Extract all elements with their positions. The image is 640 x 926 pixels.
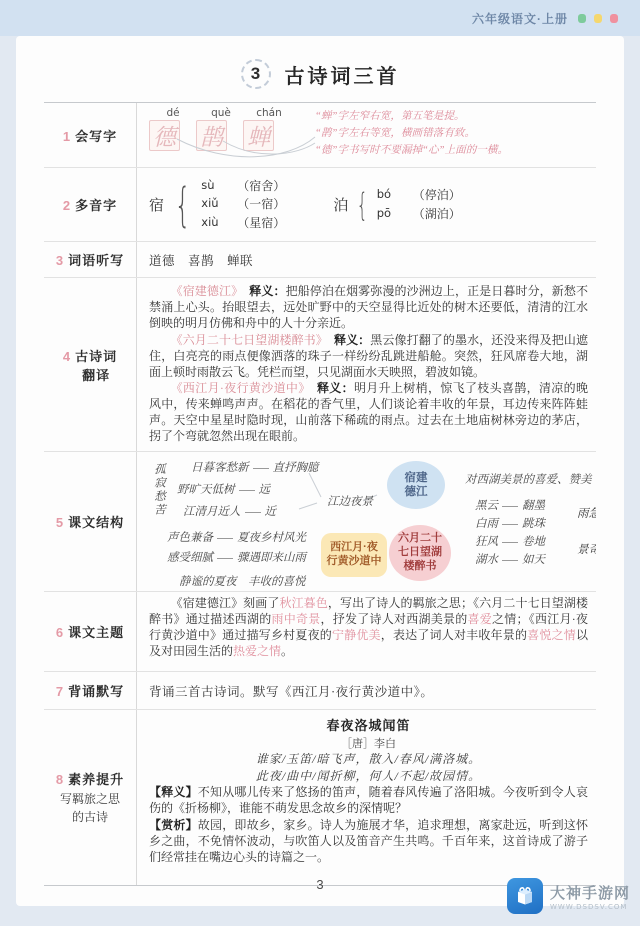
row8-label: 素养提升 xyxy=(68,769,124,788)
mind-map: 孤寂愁苦 日暮客愁新直抒胸臆 野旷天低树远 江清月近人近 江边夜景 宿建 德江 … xyxy=(149,457,588,586)
reading-item: bó（停泊） xyxy=(377,186,461,205)
translation-xijiangyue: 《西江月·夜行黄沙道中》 释义：明月升上树梢，惊飞了枝头喜鹊，清凉的晚风中，传来… xyxy=(149,381,588,445)
poem-appreciation: 【赏析】故园，即故乡，家乡。诗人为施展才华，追求理想，离家赴远，听到这怀乡之曲，… xyxy=(149,818,588,866)
poem-line-1: 谁家/玉笛/暗飞声，散入/春风/满洛城。 xyxy=(149,751,588,768)
row4-number: 4 xyxy=(63,349,70,364)
map-bubble-wanghulou: 六月二十 七日望湖 楼醉书 xyxy=(389,525,451,581)
top-header-band: 六年级语文·上册 xyxy=(0,0,640,36)
map-scene-label: 江边夜景 xyxy=(327,493,373,509)
row5-number: 5 xyxy=(56,515,63,530)
row2-label-cell: 2 多音字 xyxy=(44,168,136,241)
writing-notes: “蝉”字左窄右宽，第五笔是提。 “鹊”字左右等宽，横画错落有致。 “德”字书写时… xyxy=(315,108,508,159)
map-tag-rain: 雨急 xyxy=(577,505,596,521)
map-right-title: 对西湖美景的喜爱、赞美 xyxy=(465,471,592,487)
row-recitation: 7 背诵默写 背诵三首古诗词。默写《西江月·夜行黄沙道中》。 xyxy=(44,671,596,709)
pinyin-que: què xyxy=(197,107,245,119)
map-bubble-xijiangyue: 西江月·夜 行黄沙道中 xyxy=(321,533,387,577)
row8-number: 8 xyxy=(56,772,63,787)
map-bubble-sujiandejiang: 宿建 德江 xyxy=(387,461,445,509)
row3-content: 道德 喜鹊 蝉联 xyxy=(136,242,596,277)
row3-label-cell: 3 词语听写 xyxy=(44,242,136,277)
pinyin-row: dé què chán xyxy=(149,107,309,119)
row-text-theme: 6 课文主题 《宿建德江》刻画了秋江暮色，写出了诗人的羁旅之思；《六月二十七日望… xyxy=(44,591,596,671)
row5-content: 孤寂愁苦 日暮客愁新直抒胸臆 野旷天低树远 江清月近人近 江边夜景 宿建 德江 … xyxy=(136,452,596,591)
polyphonic-group-bo: 泊 { bó（停泊） pō（湖泊） xyxy=(333,186,460,224)
watermark-name: 大神手游网 xyxy=(550,882,630,903)
row3-label: 词语听写 xyxy=(68,250,124,269)
map-right1: 黑云翻墨 xyxy=(475,497,545,513)
header-color-dots xyxy=(578,14,618,23)
row6-label-cell: 6 课文主题 xyxy=(44,592,136,671)
map-summary-label: 静谧的夏夜 丰收的喜悦 xyxy=(179,573,306,589)
green-dot-icon xyxy=(578,14,586,23)
map-mood-label: 孤寂愁苦 xyxy=(151,463,167,541)
map-line4: 声色兼备夏夜乡村风光 xyxy=(167,529,306,545)
study-table: 1 会写字 dé què chán 德 鹊 蝉 xyxy=(44,102,596,886)
dictation-words: 道德 喜鹊 蝉联 xyxy=(149,251,253,269)
worksheet-page: 3 古诗词三首 1 会写字 dé què chán 德 xyxy=(16,36,624,906)
row6-content: 《宿建德江》刻画了秋江暮色，写出了诗人的羁旅之思；《六月二十七日望湖楼醉书》通过… xyxy=(136,592,596,671)
brace-icon: { xyxy=(357,186,368,224)
row1-label: 会写字 xyxy=(75,126,117,145)
polyphonic-group-su: 宿 { sù（宿舍） xiǔ（一宿） xiù（星宿） xyxy=(149,177,285,233)
row4-label-cell: 4 古诗词 翻译 xyxy=(44,278,136,451)
poem-explanation: 【释义】不知从哪儿传来了悠扬的笛声，随着春风传遍了洛阳城。今夜听到令人哀伤的《折… xyxy=(149,785,588,817)
watermark-texts: 大神手游网 WWW.DSDSV.COM xyxy=(550,882,630,911)
map-line1: 日暮客愁新直抒胸臆 xyxy=(191,459,319,475)
row-literacy-improvement: 8 素养提升 写羁旅之思 的古诗 春夜洛城闻笛 ［唐］李白 谁家/玉笛/暗飞声，… xyxy=(44,709,596,885)
writing-note-1: “蝉”字左窄右宽，第五笔是提。 xyxy=(315,108,508,125)
row1-label-cell: 1 会写字 xyxy=(44,103,136,167)
row6-label: 课文主题 xyxy=(68,622,124,641)
row-characters-to-write: 1 会写字 dé què chán 德 鹊 蝉 xyxy=(44,103,596,167)
row4-content: 《宿建德江》 释义：把船停泊在烟雾弥漫的沙洲边上，正是日暮时分，新愁不禁涌上心头… xyxy=(136,278,596,451)
row-word-dictation: 3 词语听写 道德 喜鹊 蝉联 xyxy=(44,241,596,277)
row7-label-cell: 7 背诵默写 xyxy=(44,672,136,709)
brace-icon: { xyxy=(175,178,191,232)
row2-content: 宿 { sù（宿舍） xiǔ（一宿） xiù（星宿） 泊 { bó（停泊） pō… xyxy=(136,168,596,241)
row1-number: 1 xyxy=(63,129,70,144)
translation-wanghulou: 《六月二十七日望湖楼醉书》 释义：黑云像打翻了的墨水，还没来得及把山遮住，白亮亮… xyxy=(149,333,588,381)
row1-content: dé què chán 德 鹊 蝉 “蝉”字左窄右宽，第五笔是提。 xyxy=(136,103,596,167)
char-su: 宿 xyxy=(149,194,164,215)
char-box-de: 德 xyxy=(149,120,180,151)
char-bo: 泊 xyxy=(333,194,348,215)
map-right2: 白雨跳珠 xyxy=(475,515,545,531)
row4-label: 古诗词 翻译 xyxy=(75,346,117,384)
bo-readings: bó（停泊） pō（湖泊） xyxy=(377,186,461,223)
poem-title: 春夜洛城闻笛 xyxy=(149,715,588,734)
poem-line-2: 此夜/曲中/闻折柳，何人/不起/故园情。 xyxy=(149,768,588,785)
map-right3: 狂风卷地 xyxy=(475,533,545,549)
reading-item: xiǔ（一宿） xyxy=(201,195,285,214)
map-tag-scenery: 景奇 xyxy=(577,541,596,557)
map-line5: 感受细腻骤遇即来山雨 xyxy=(167,549,306,565)
row5-label: 课文结构 xyxy=(68,512,124,531)
writing-note-2: “鹊”字左右等宽，横画错落有致。 xyxy=(315,125,508,142)
pinyin-chan: chán xyxy=(245,107,293,119)
row2-number: 2 xyxy=(63,198,70,213)
row-text-structure: 5 课文结构 孤寂愁苦 日暮客愁新直抒胸臆 野旷天低树远 江清月近人近 江边夜景 xyxy=(44,451,596,591)
row8-sublabel: 写羁旅之思 的古诗 xyxy=(60,791,120,826)
lesson-number-badge: 3 xyxy=(241,59,271,89)
row5-label-cell: 5 课文结构 xyxy=(44,452,136,591)
writing-note-3: “德”字书写时不要漏掉“心”上面的一横。 xyxy=(315,142,508,159)
pinyin-de: dé xyxy=(149,107,197,119)
pink-dot-icon xyxy=(610,14,618,23)
theme-paragraph: 《宿建德江》刻画了秋江暮色，写出了诗人的羁旅之思；《六月二十七日望湖楼醉书》通过… xyxy=(149,596,588,660)
row-poem-translation: 4 古诗词 翻译 《宿建德江》 释义：把船停泊在烟雾弥漫的沙洲边上，正是日暮时分… xyxy=(44,277,596,451)
row-polyphonic-characters: 2 多音字 宿 { sù（宿舍） xiǔ（一宿） xiù（星宿） 泊 { xyxy=(44,167,596,241)
poem-author: ［唐］李白 xyxy=(149,735,588,751)
recitation-text: 背诵三首古诗词。默写《西江月·夜行黄沙道中》。 xyxy=(149,682,433,700)
row3-number: 3 xyxy=(56,253,63,268)
char-box-chan: 蝉 xyxy=(243,120,274,151)
su-readings: sù（宿舍） xiǔ（一宿） xiù（星宿） xyxy=(201,177,285,233)
row8-label-cell: 8 素养提升 写羁旅之思 的古诗 xyxy=(44,710,136,885)
translation-sujiandejiang: 《宿建德江》 释义：把船停泊在烟雾弥漫的沙洲边上，正是日暮时分，新愁不禁涌上心头… xyxy=(149,284,588,332)
row7-label: 背诵默写 xyxy=(68,681,124,700)
char-box-que: 鹊 xyxy=(196,120,227,151)
yellow-dot-icon xyxy=(594,14,602,23)
map-line3: 江清月近人近 xyxy=(183,503,276,519)
lesson-title: 3 古诗词三首 xyxy=(16,36,624,102)
shopping-bag-box-icon xyxy=(507,878,543,914)
row8-content: 春夜洛城闻笛 ［唐］李白 谁家/玉笛/暗飞声，散入/春风/满洛城。 此夜/曲中/… xyxy=(136,710,596,885)
map-line2: 野旷天低树远 xyxy=(177,481,270,497)
site-watermark: 大神手游网 WWW.DSDSV.COM xyxy=(507,878,630,914)
reading-item: pō（湖泊） xyxy=(377,205,461,224)
row7-number: 7 xyxy=(56,684,63,699)
reading-item: sù（宿舍） xyxy=(201,177,285,196)
reading-item: xiù（星宿） xyxy=(201,214,285,233)
row6-number: 6 xyxy=(56,625,63,640)
edition-label: 六年级语文·上册 xyxy=(472,10,568,27)
map-right4: 湖水如天 xyxy=(475,551,545,567)
lesson-title-text: 古诗词三首 xyxy=(285,60,400,89)
poem-block: 春夜洛城闻笛 ［唐］李白 谁家/玉笛/暗飞声，散入/春风/满洛城。 此夜/曲中/… xyxy=(149,715,588,784)
row7-content: 背诵三首古诗词。默写《西江月·夜行黄沙道中》。 xyxy=(136,672,596,709)
character-practice-zone: dé què chán 德 鹊 蝉 xyxy=(149,107,309,151)
row2-label: 多音字 xyxy=(75,195,117,214)
character-boxes: 德 鹊 蝉 xyxy=(149,120,309,151)
watermark-url: WWW.DSDSV.COM xyxy=(550,903,630,911)
